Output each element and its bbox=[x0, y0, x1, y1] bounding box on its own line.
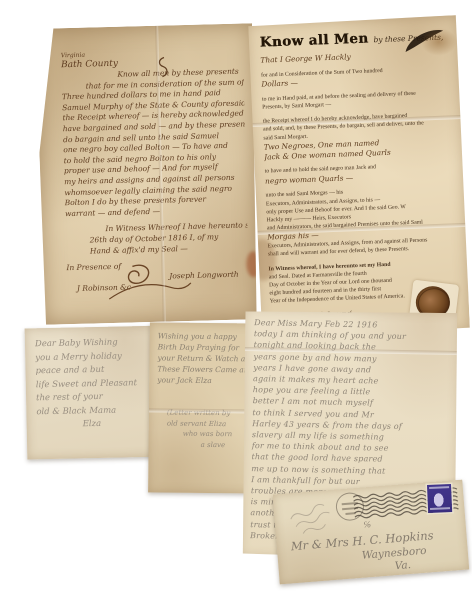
stamp-inscription-bar bbox=[430, 507, 450, 510]
photograph-of-documents: VirginiaBath CountyKnow all men by these… bbox=[0, 0, 472, 600]
rust-stain bbox=[246, 251, 261, 277]
manuscript-deed-document: VirginiaBath CountyKnow all men by these… bbox=[36, 23, 260, 325]
deed-text: VirginiaBath CountyKnow all men by these… bbox=[61, 47, 249, 295]
blackletter-heading: Know all Men bbox=[259, 31, 368, 51]
postage-stamp-icon bbox=[427, 484, 452, 513]
stamp-inscription-bar bbox=[429, 486, 449, 489]
text-line: Elza bbox=[37, 417, 163, 433]
note-text: Dear Baby Wishingyou a Merry holidaypeac… bbox=[35, 336, 163, 433]
signature-flourish-icon bbox=[104, 259, 195, 305]
pencil-note-dear-baby: Dear Baby Wishingyou a Merry holidaypeac… bbox=[25, 326, 170, 460]
text-line: That I George W Hackly bbox=[260, 48, 447, 65]
printed-bill-of-sale-document: Know all Men by these Presents, That I G… bbox=[246, 15, 470, 339]
envelope: ℅Mr & Mrs H. C. HopkinsWaynesboroVa. bbox=[273, 480, 469, 585]
stain bbox=[420, 27, 457, 56]
